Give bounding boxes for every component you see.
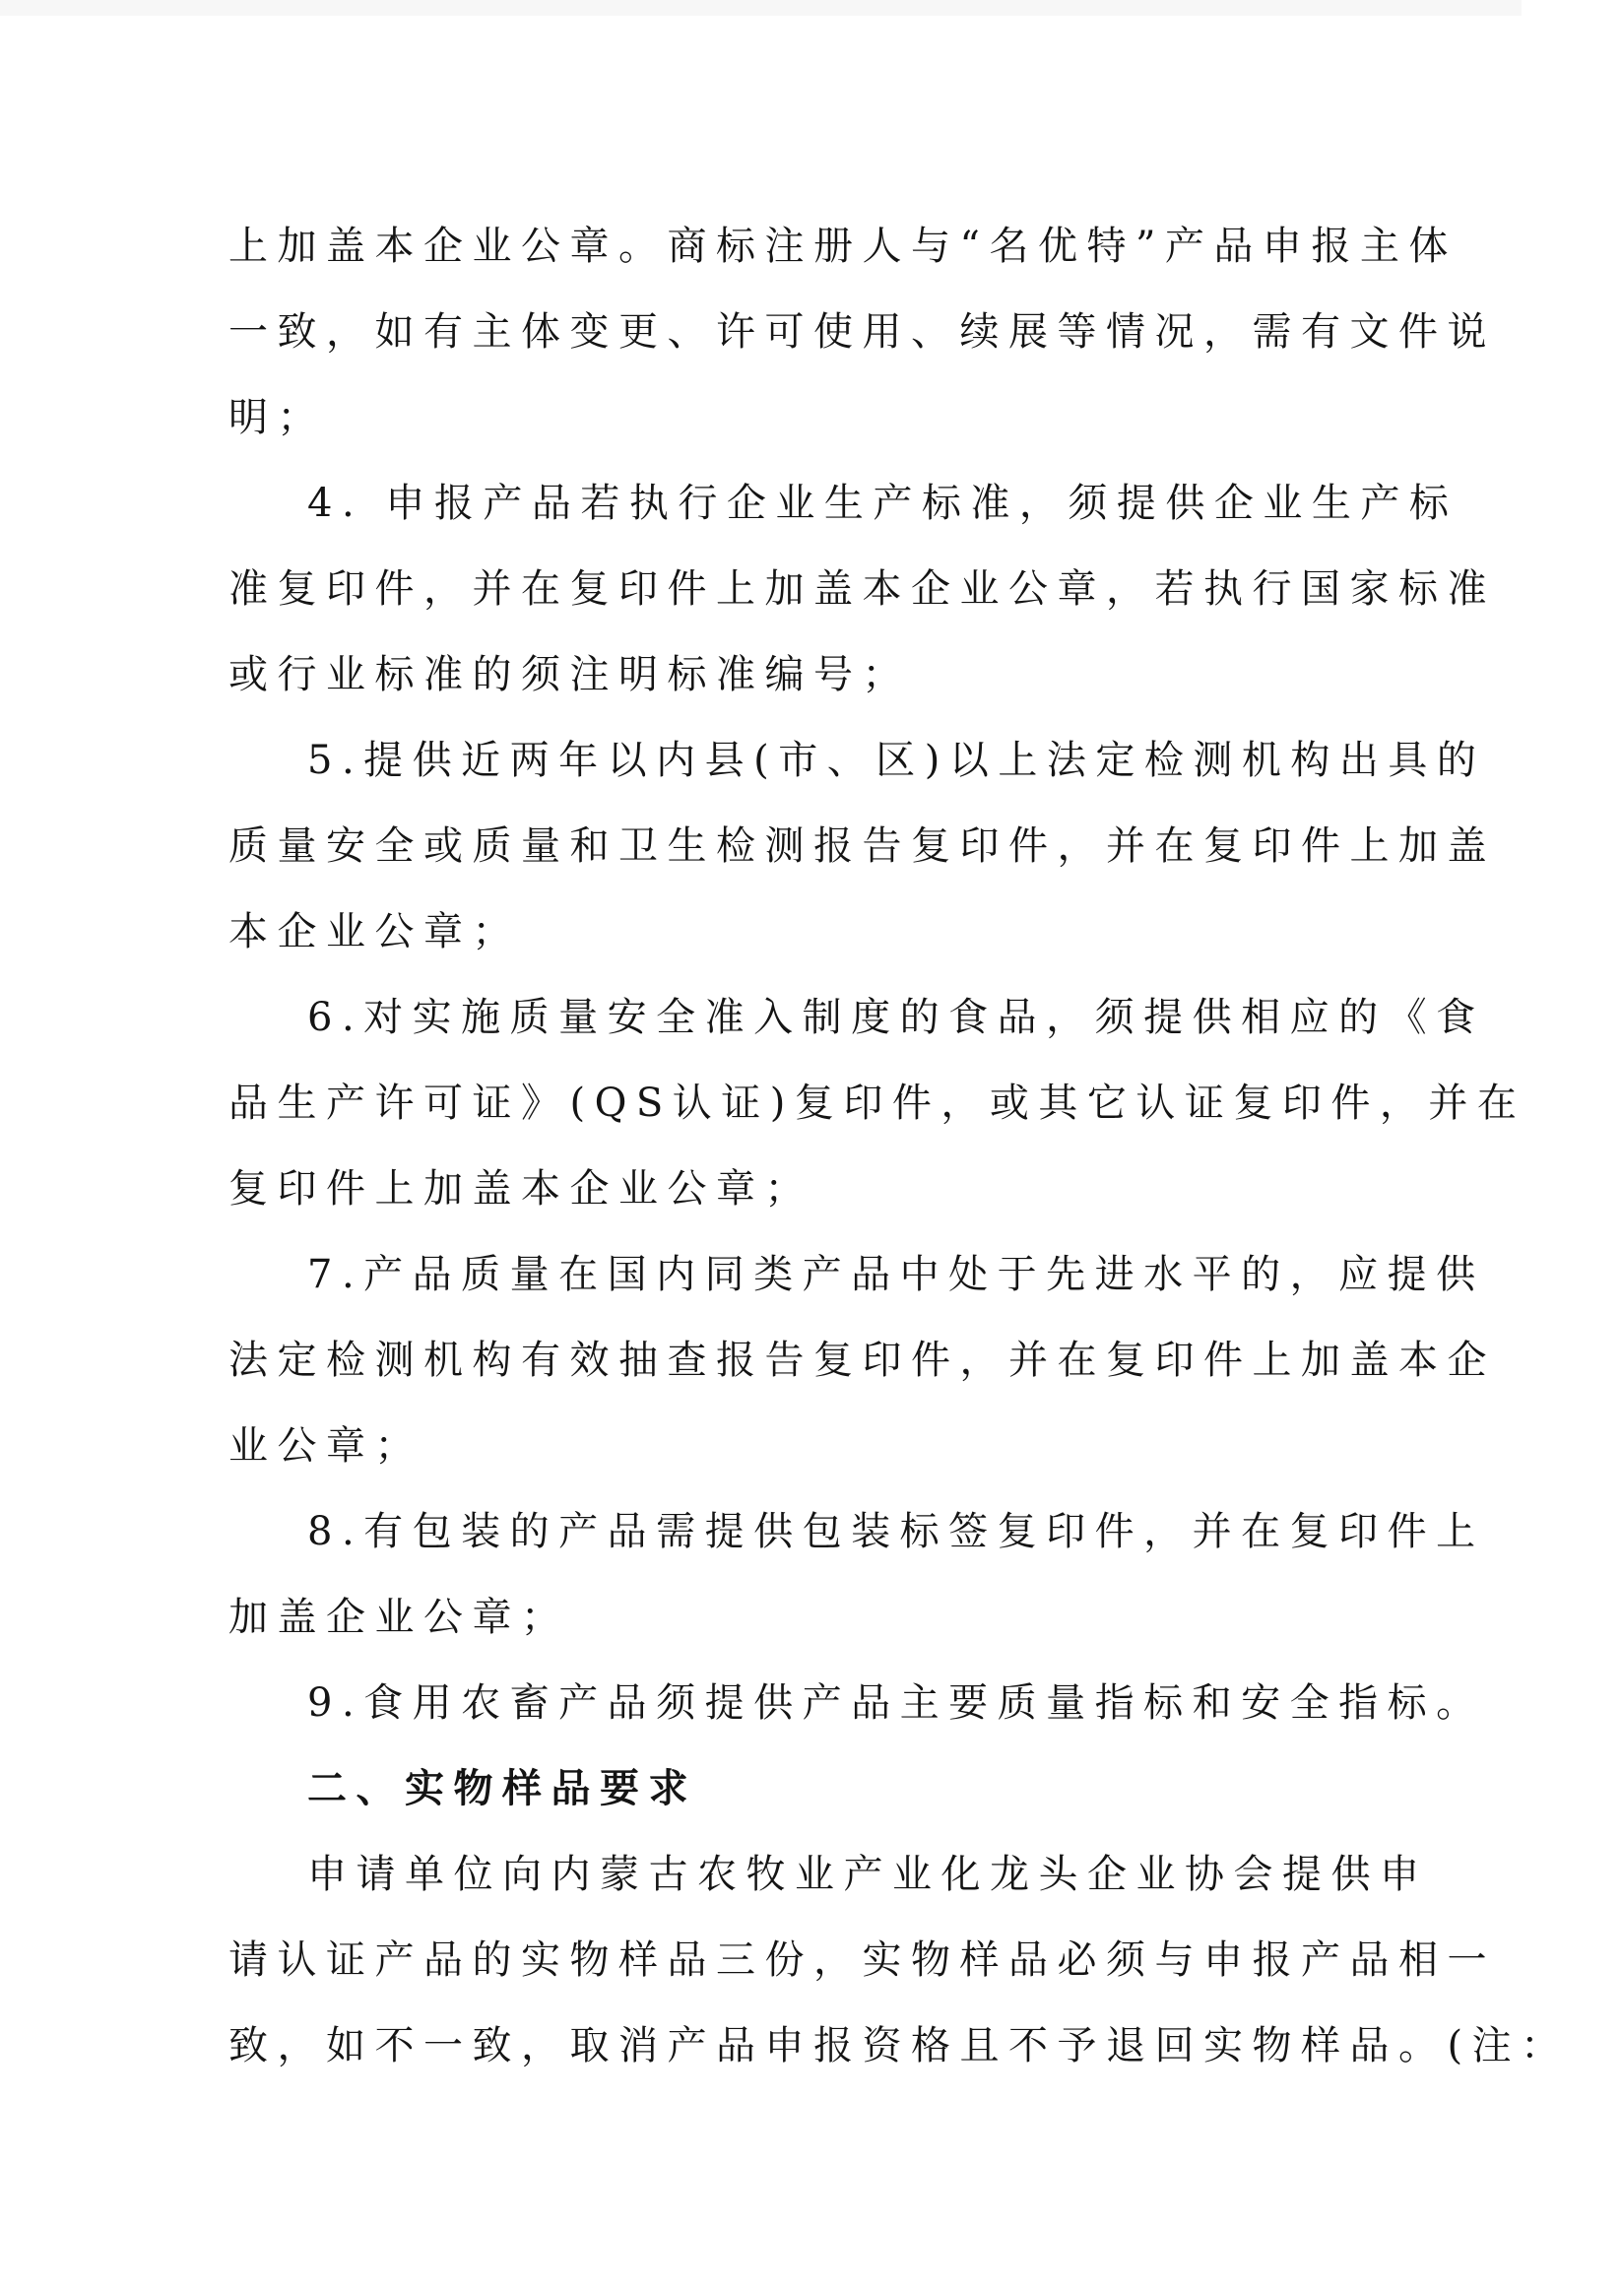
section-heading: 二、实物样品要求 <box>307 1764 697 1813</box>
item-4-line-2: 准复印件，并在复印件上加盖本企业公章，若执行国家标准 <box>228 564 1496 614</box>
item-6-line-2: 品生产许可证》(QS认证)复印件，或其它认证复印件，并在 <box>228 1079 1525 1128</box>
item-8-line-2: 加盖企业公章； <box>228 1593 570 1642</box>
item-6-line-3: 复印件上加盖本企业公章； <box>228 1164 813 1214</box>
item-5-line-2: 质量安全或质量和卫生检测报告复印件，并在复印件上加盖 <box>228 821 1496 871</box>
sample-para-line-2: 请认证产品的实物样品三份，实物样品必须与申报产品相一 <box>228 1935 1496 1985</box>
item-7-line-2: 法定检测机构有效抽查报告复印件，并在复印件上加盖本企 <box>228 1336 1496 1385</box>
scan-edge-strip <box>0 0 1522 16</box>
sample-para-line-3: 致，如不一致，取消产品申报资格且不予退回实物样品。(注： <box>228 2021 1570 2070</box>
sample-para-line-1: 申请单位向内蒙古农牧业产业化龙头企业协会提供申 <box>307 1850 1429 1899</box>
text-line-3: 明； <box>228 393 326 442</box>
item-5-line-1: 5.提供近两年以内县(市、区)以上法定检测机构出具的 <box>307 736 1485 785</box>
item-5-line-3: 本企业公章； <box>228 907 521 956</box>
item-7-line-1: 7.产品质量在国内同类产品中处于先进水平的，应提供 <box>307 1250 1485 1299</box>
item-4-line-3: 或行业标准的须注明标准编号； <box>228 650 911 699</box>
item-6-line-1: 6.对实施质量安全准入制度的食品，须提供相应的《食 <box>307 993 1485 1042</box>
text-line-2: 一致，如有主体变更、许可使用、续展等情况，需有文件说 <box>228 307 1496 357</box>
item-7-line-3: 业公章； <box>228 1421 423 1471</box>
text-line-1: 上加盖本企业公章。商标注册人与“名优特”产品申报主体 <box>228 222 1458 271</box>
item-4-line-1: 4. 申报产品若执行企业生产标准，须提供企业生产标 <box>307 479 1458 528</box>
item-8-line-1: 8.有包装的产品需提供包装标签复印件，并在复印件上 <box>307 1507 1485 1556</box>
item-9-line-1: 9.食用农畜产品须提供产品主要质量指标和安全指标。 <box>307 1678 1485 1728</box>
